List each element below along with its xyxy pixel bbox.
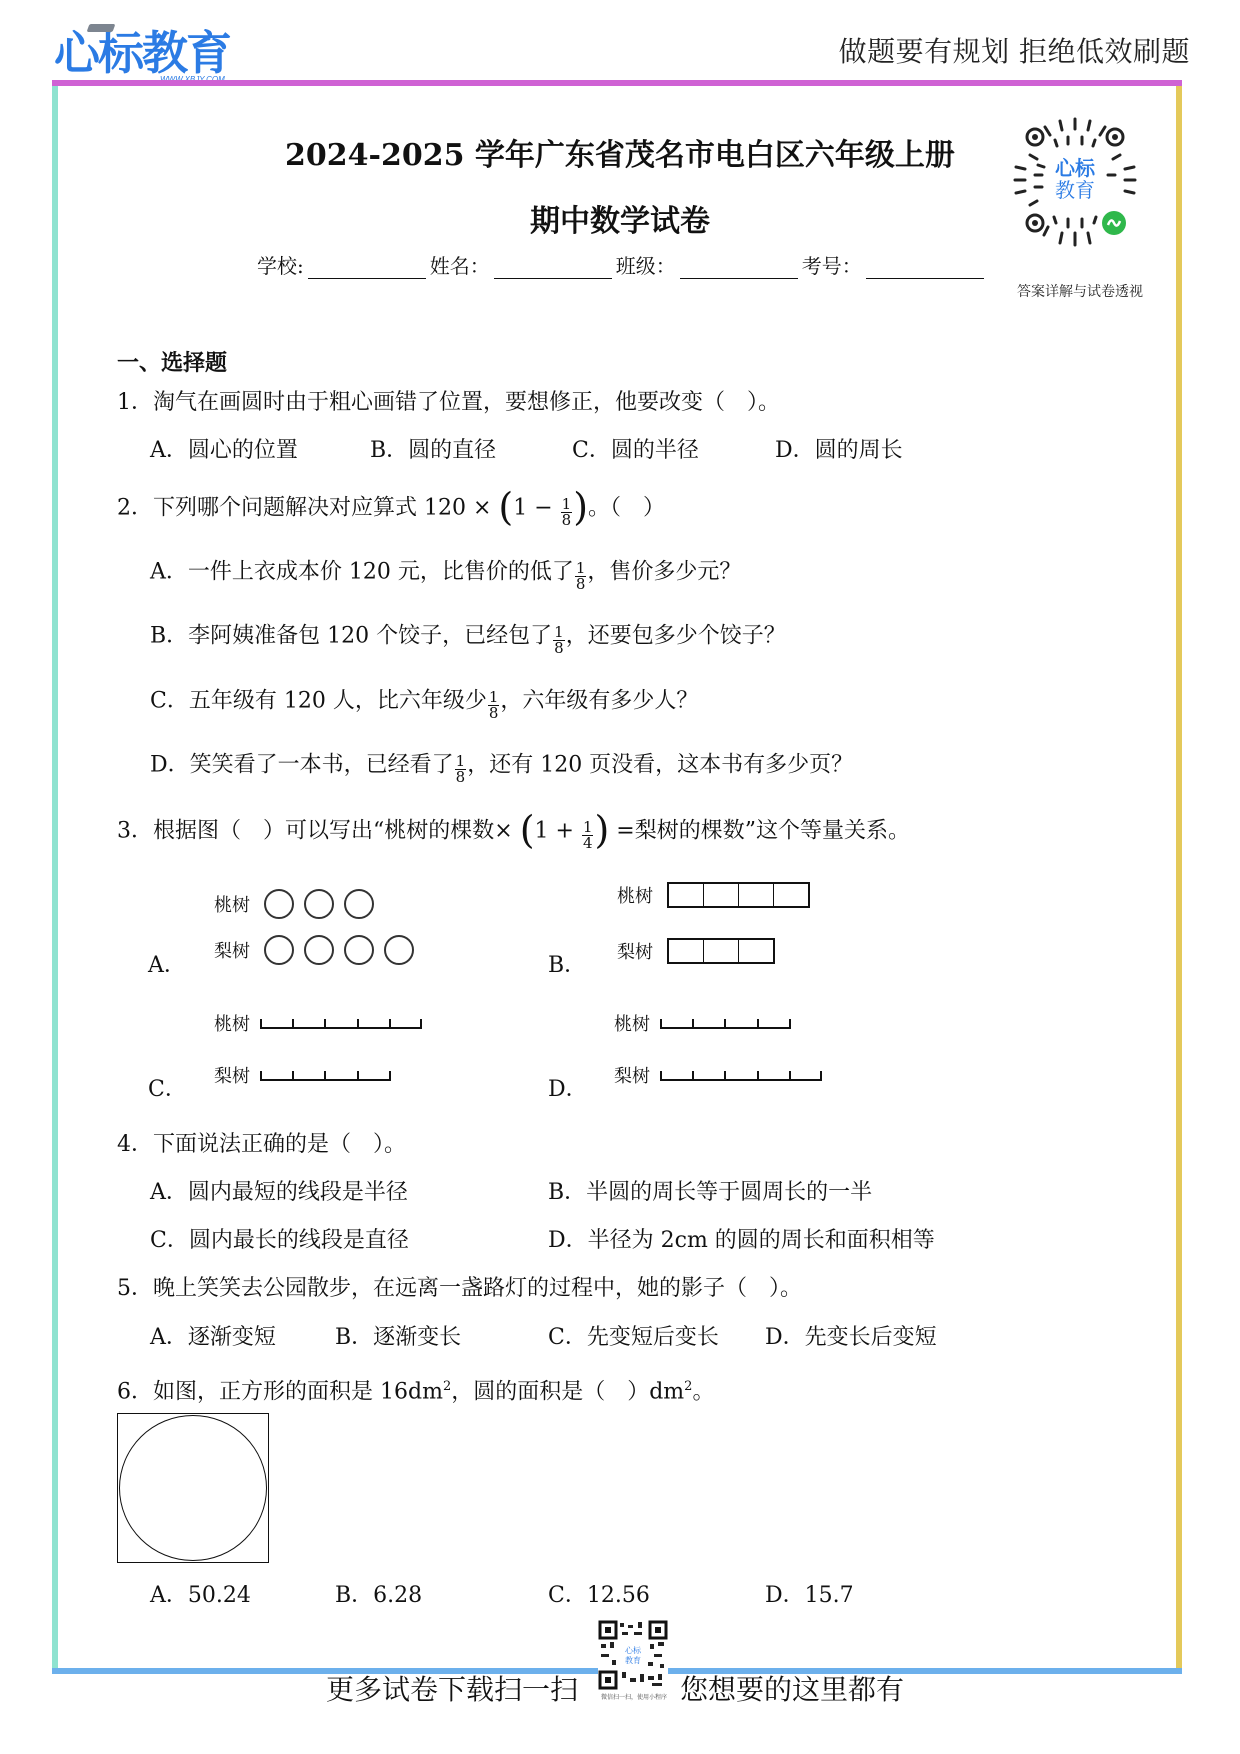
qr-caption: 答案详解与试卷透视 [990,281,1170,301]
question-number: 3． [117,819,153,844]
class-label: 班级： [616,250,676,279]
svg-text:心标: 心标 [1055,156,1096,180]
question-number: 1． [117,390,153,415]
mini-program-qr-code[interactable]: 心标 教育 [1010,115,1140,250]
q3-diagram-c: 桃树 梨树 [214,1008,422,1090]
name-label: 姓名： [430,250,490,279]
q3-diagram-a: 桃树 梨树 [214,886,424,968]
school-label: 学校: [257,250,304,279]
q3-diagram-b: 桃树 梨树 [617,880,810,966]
school-blank[interactable] [308,256,426,279]
q2-option-b[interactable]: B．李阿姨准备包 120 个饺子，已经包了18，还要包多少个饺子？ [150,621,786,652]
question-6: 6．如图，正方形的面积是 16dm2，圆的面积是（ ）dm2。 [117,1374,714,1405]
q1-option-b[interactable]: B．圆的直径 [370,438,496,464]
q3-option-d-label[interactable]: D． [548,1077,588,1103]
q6-option-b[interactable]: B．6.28 [335,1583,422,1609]
q5-option-d[interactable]: D．先变长后变短 [765,1325,937,1351]
q2-option-d[interactable]: D．笑笑看了一本书，已经看了18，还有 120 页没看，这本书有多少页？ [150,750,853,781]
q2-option-a[interactable]: A．一件上衣成本价 120 元，比售价的低了18，售价多少元？ [150,557,741,588]
q5-option-c[interactable]: C．先变短后变长 [548,1325,719,1351]
footer-qr-code[interactable]: 心标 教育 [598,1620,668,1690]
left-border [52,86,58,1668]
question-4: 4．下面说法正确的是（ ）。 [117,1132,406,1158]
header-slogan: 做题要有规划 拒绝低效刷题 [839,30,1190,70]
q1-option-a[interactable]: A．圆心的位置 [150,438,298,464]
q1-option-d[interactable]: D．圆的周长 [775,438,903,464]
graduation-cap-icon [87,24,116,32]
question-5: 5．晚上笑笑去公园散步，在远离一盏路灯的过程中，她的影子（ ）。 [117,1276,802,1302]
footer-right-text: 您想要的这里都有 [680,1668,904,1708]
question-text: 下列哪个问题解决对应算式 120 × [153,496,498,521]
question-text: 下面说法正确的是（ ）。 [153,1132,406,1157]
student-info-fields: 学校: 姓名： 班级： 考号： [257,250,988,279]
q3-option-a-label[interactable]: A． [148,953,186,979]
question-2: 2．下列哪个问题解决对应算式 120 × (1 − 18)。（ ） [117,493,665,524]
question-text-end: 。（ ） [588,496,665,521]
q4-option-b[interactable]: B．半圆的周长等于圆周长的一半 [548,1180,872,1206]
q3-option-c-label[interactable]: C． [148,1077,187,1103]
footer-left-text: 更多试卷下载扫一扫 [326,1668,578,1708]
q1-option-c[interactable]: C．圆的半径 [572,438,699,464]
q4-option-a[interactable]: A．圆内最短的线段是半径 [150,1180,408,1206]
square-with-inscribed-circle-figure [117,1413,269,1563]
formula-part: 1 − [513,496,559,521]
q6-option-c[interactable]: C．12.56 [548,1583,650,1609]
q4-option-c[interactable]: C．圆内最长的线段是直径 [150,1228,409,1254]
question-number: 2． [117,496,153,521]
svg-text:教育: 教育 [625,1655,641,1665]
logo-text: 心标教育 [54,26,230,80]
question-number: 5． [117,1276,153,1301]
q3-option-b-label[interactable]: B． [548,953,586,979]
question-text: 淘气在画圆时由于粗心画错了位置，要想修正，他要改变（ ）。 [153,390,780,415]
q6-option-a[interactable]: A．50.24 [150,1583,251,1609]
question-1: 1．淘气在画圆时由于粗心画错了位置，要想修正，他要改变（ ）。 [117,390,780,416]
q6-option-d[interactable]: D．15.7 [765,1583,854,1609]
q5-option-b[interactable]: B．逐渐变长 [335,1325,461,1351]
top-border [52,80,1182,86]
svg-text:教育: 教育 [1055,178,1095,202]
footer-qr-caption: 微信扫一扫，使用小程序 [597,1692,671,1701]
exam-no-blank[interactable] [866,256,984,279]
q3-diagram-d: 桃树 梨树 [614,1008,822,1090]
fraction: 18 [561,497,573,528]
question-text: 根据图（ ）可以写出“桃树的棵数× [153,819,520,844]
svg-text:心标: 心标 [625,1645,642,1655]
section-heading: 一、选择题 [117,346,227,377]
name-blank[interactable] [494,256,612,279]
q2-option-c[interactable]: C．五年级有 120 人，比六年级少18，六年级有多少人？ [150,686,698,717]
q4-option-d[interactable]: D．半径为 2cm 的圆的周长和面积相等 [548,1228,935,1254]
q5-option-a[interactable]: A．逐渐变短 [150,1325,276,1351]
class-blank[interactable] [680,256,798,279]
question-number: 4． [117,1132,153,1157]
brand-logo: 心标教育 WWW.XBJY.COM [54,22,230,78]
question-number: 6． [117,1379,153,1404]
right-border [1176,86,1182,1668]
question-3: 3．根据图（ ）可以写出“桃树的棵数× (1 + 14) =梨树的棵数”这个等量… [117,816,910,847]
question-text: 晚上笑笑去公园散步，在远离一盏路灯的过程中，她的影子（ ）。 [153,1276,802,1301]
exam-no-label: 考号： [802,250,862,279]
